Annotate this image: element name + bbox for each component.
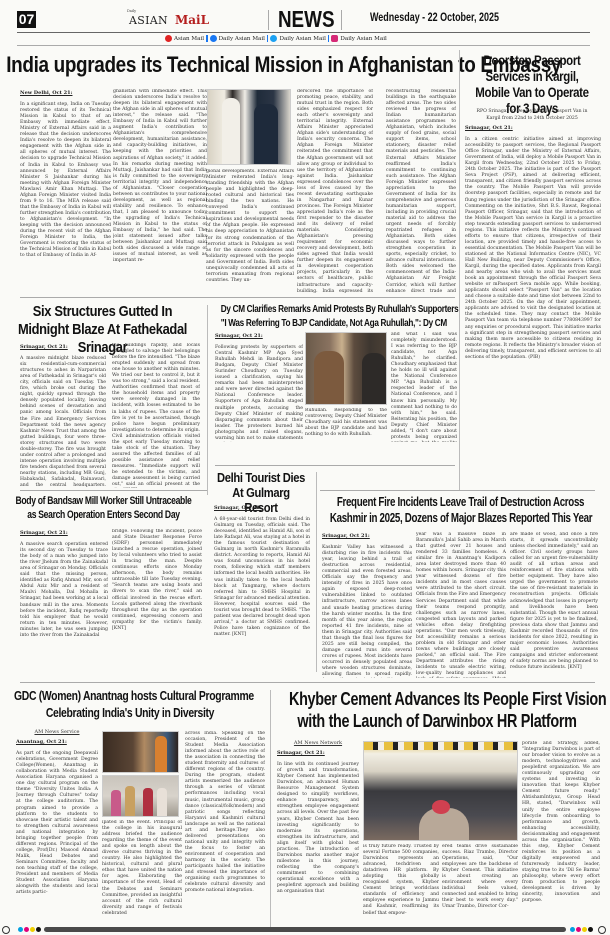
cyan-dot (18, 927, 23, 932)
page-number: 07 (17, 11, 36, 28)
khyber-col-1: AM News Network Srinagar, Oct 21: In lin… (277, 740, 359, 922)
dycm-article: Dy CM Clarifies Remarks Amid Protests By… (209, 298, 458, 443)
fire-col-2: the buildings rapidly, and locals strugg… (112, 343, 200, 488)
khyber-headline-1: Khyber Cement Advances Its People First … (289, 689, 585, 710)
gdc-photo-figure (155, 736, 167, 773)
gdc-photo-bottom (102, 775, 179, 817)
lead-photo-figure-left (222, 98, 240, 165)
lead-col-4: derscored the importance of promoting pe… (297, 89, 373, 294)
gdc-headline-2: Celebrating India's Unity in Diversity (14, 706, 246, 721)
fires2025-headline-2: Kashmir in 2025, Dozens of Major Blazes … (330, 511, 591, 525)
lead-photo-figure-right (254, 104, 278, 165)
lead-article: India upgrades its Technical Mission in … (0, 46, 458, 296)
cyan-dot (570, 927, 575, 932)
gdc-article: GDC (Women) Anantnag hosts Cultural Prog… (0, 684, 268, 924)
gdc-col-2: ipated in the event. Principal of the co… (102, 820, 182, 921)
dycm-col-1: Srinagar, Oct 21: Following protests by … (215, 332, 303, 442)
section-rule (20, 682, 595, 683)
social-twitter-label[interactable]: Daily Asian Mail (279, 36, 325, 42)
gdc-dateline: Anantnag, Oct 21: (16, 739, 98, 745)
khyber-photo (363, 741, 518, 841)
social-separator (206, 35, 208, 42)
fire-col-1: Srinagar, Oct 21: A massive midnight bla… (20, 343, 106, 488)
gdc-photo-figure (125, 786, 135, 817)
bandsaw-col-2: bridge. Following the incident, police a… (112, 529, 202, 677)
registration-mark-right (598, 926, 606, 934)
lead-headline: India upgrades its Technical Mission in … (6, 52, 451, 77)
dycm-photo-figure (362, 353, 386, 405)
fires2025-col-1: Srinagar, Oct 21: Kashmir Valley has wit… (322, 532, 412, 678)
instagram-icon[interactable] (331, 35, 338, 42)
color-dots-right (570, 927, 593, 932)
column-divider (207, 305, 208, 495)
masthead: 07 Daily ASIAN MaiL NEWS Wednesday - 22 … (0, 0, 610, 46)
gdc-photo-figure (143, 788, 153, 817)
section-rule (320, 490, 595, 491)
khyber-photo-balloons (364, 742, 518, 750)
social-instagram-label[interactable]: Daily Asian Mail (340, 36, 386, 42)
tourist-article: Delhi Tourist Dies At Gulmarg Resort Sri… (209, 467, 313, 682)
yellow-dot (30, 927, 35, 932)
black-dot (588, 927, 593, 932)
section-rule (20, 490, 207, 491)
registration-bar (44, 927, 566, 932)
column-divider (270, 690, 271, 932)
passport-article: Doorstep Passport Services in Kargil, Mo… (462, 48, 602, 488)
khyber-photo-flowers (432, 800, 450, 814)
dycm-headline-1: Dy CM Clarifies Remarks Amid Protests By… (221, 303, 446, 315)
magenta-dot (24, 927, 29, 932)
issue-date: Wednesday - 22 October, 2025 (370, 12, 507, 24)
fires2025-col-3: are made of wood, and once a fire starts… (510, 532, 598, 678)
header-rule-top (17, 32, 590, 33)
section-rule (215, 465, 455, 466)
social-youtube-label[interactable]: Asian Mail (174, 36, 204, 42)
lead-dateline: New Delhi, Oct 21: (20, 90, 111, 96)
dycm-photo (305, 332, 387, 405)
dycm-headline-2: "I Was Referring To BJP Candidate, Not A… (221, 317, 446, 329)
dycm-col-2: Ruhullah. Responding to the controversy,… (305, 408, 387, 442)
gdc-byline: AM News Service (16, 729, 98, 735)
lead-col-3: gional developments. External Affairs Mi… (206, 169, 294, 294)
gdc-col-3: across India. Speaking on the occasion, … (185, 731, 265, 921)
column-divider (316, 472, 317, 672)
bandsaw-headline-2: as Search Operation Enters Second Day (15, 509, 192, 522)
logo-daily: Daily (127, 9, 136, 13)
logo: Daily ASIAN MaiL (125, 10, 220, 32)
logo-asian: ASIAN (129, 14, 168, 27)
tourist-dateline: Srinagar, Oct 21: (214, 505, 310, 511)
khyber-col-3: ered teams drive sustainable success. Ri… (442, 844, 518, 922)
fire-dateline: Srinagar, Oct 21: (20, 344, 106, 350)
passport-dateline: Srinagar, Oct 21: (465, 125, 601, 131)
social-bar: Asian Mail Daily Asian Mail Daily Asian … (165, 34, 445, 43)
registration-mark-left (2, 926, 10, 934)
khyber-dateline: Srinagar, Oct 21: (277, 750, 359, 756)
passport-body: Srinagar, Oct 21: In a citizen centric i… (465, 124, 601, 476)
section-divider-left (268, 10, 269, 30)
bandsaw-article: Body of Bandsaw Mill Worker Still Untrac… (0, 492, 207, 682)
bandsaw-dateline: Srinagar, Oct 21: (20, 530, 108, 536)
social-facebook-label[interactable]: Daily Asian Mail (219, 36, 265, 42)
bandsaw-col-1: Srinagar, Oct 21: A massive search opera… (20, 529, 108, 677)
khyber-headline-2: with the Launch of Darwinbox HR Platform (289, 711, 585, 732)
lead-col-2: ghanistan with immediate effect. This de… (113, 89, 207, 294)
fires2025-headline-1: Frequent Fire Incidents Leave Trail of D… (330, 495, 591, 509)
gdc-photo-top (102, 731, 179, 773)
column-divider (459, 50, 460, 490)
khyber-col-2: is truly future ready. Trusted by severa… (363, 844, 439, 922)
fires2025-dateline: Srinagar, Oct 21: (322, 533, 412, 539)
logo-mail: MaiL (175, 13, 209, 27)
print-registration-bar (0, 925, 610, 935)
gdc-col-1: AM News Service Anantnag, Oct 21: As par… (16, 729, 98, 921)
social-separator (328, 35, 330, 42)
dycm-col-3: and what I said was completely misunders… (391, 332, 457, 442)
lead-col-1: New Delhi, Oct 21: In a significant step… (20, 89, 111, 294)
gdc-photo-figure (111, 790, 121, 817)
twitter-icon[interactable] (270, 35, 277, 42)
gdc-photo-figure (157, 788, 167, 817)
section-label: NEWS (278, 7, 332, 31)
khyber-col-4: porate and Strategy, added, "Integrating… (522, 741, 600, 922)
dycm-photo-figure (314, 351, 344, 405)
magenta-dot (576, 927, 581, 932)
color-dots-left (18, 927, 41, 932)
passport-subhead: RPO Srinagar to Deploy Mobile Passport V… (470, 108, 594, 122)
yellow-dot (582, 927, 587, 932)
lead-photo (207, 89, 291, 165)
khyber-byline: AM News Network (277, 740, 359, 746)
section-divider-right (341, 10, 342, 30)
black-dot (36, 927, 41, 932)
tourist-body: Srinagar, Oct 21: A 68-year-old tourist … (214, 504, 310, 679)
fires2025-col-2: year was a massive blaze in Baramulla's … (416, 532, 506, 678)
youtube-icon[interactable] (165, 35, 172, 42)
dycm-dateline: Srinagar, Oct 21: (215, 333, 303, 339)
fires2025-article: Frequent Fire Incidents Leave Trail of D… (318, 492, 603, 680)
bandsaw-headline-1: Body of Bandsaw Mill Worker Still Untrac… (15, 495, 192, 508)
lead-col-5: reconstructing residential buildings in … (386, 89, 456, 294)
gdc-headline-1: GDC (Women) Anantnag hosts Cultural Prog… (14, 689, 246, 704)
khyber-article: Khyber Cement Advances Its People First … (272, 684, 602, 924)
social-separator (267, 35, 269, 42)
facebook-icon[interactable] (210, 35, 217, 42)
fire-article: Six Structures Gutted In Midnight Blaze … (0, 298, 205, 488)
